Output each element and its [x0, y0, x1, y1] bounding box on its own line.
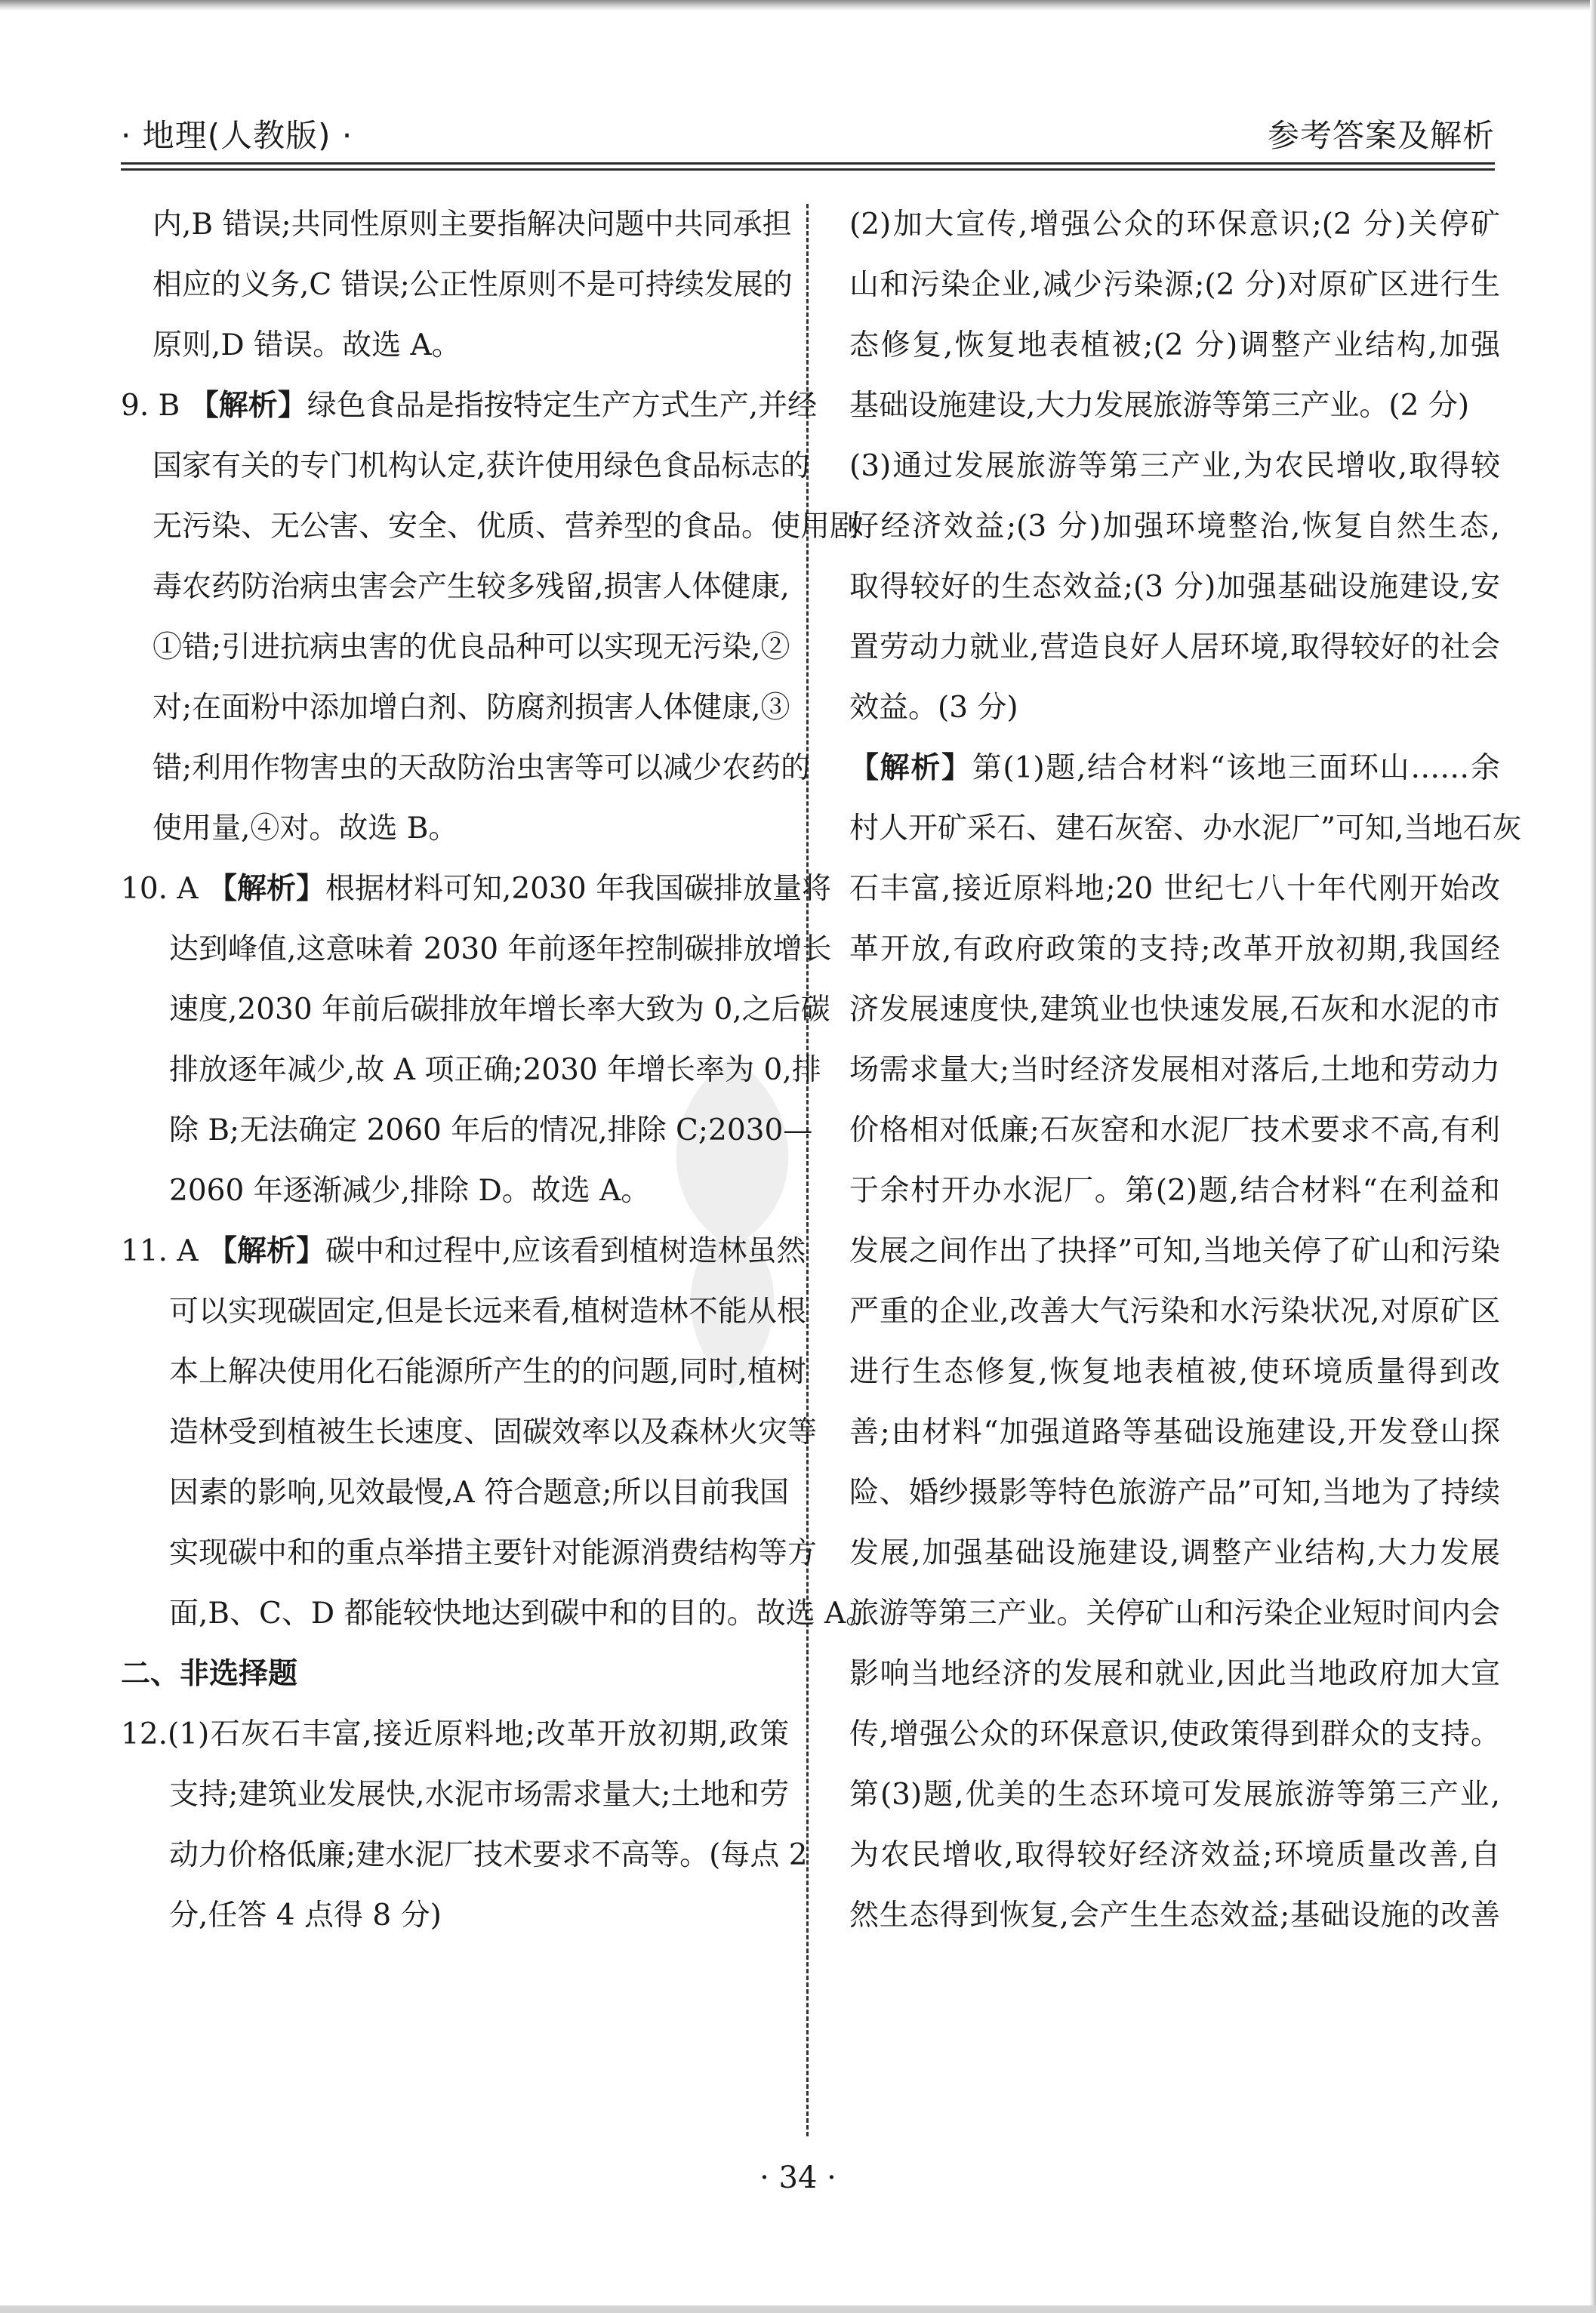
- text-line: 分,任答 4 点得 8 分): [121, 1886, 789, 1946]
- text-line: 支持;建筑业发展快,水泥市场需求量大;土地和劳: [121, 1765, 789, 1825]
- text-line: 面,B、C、D 都能较快地达到碳中和的目的。故选 A。: [121, 1584, 789, 1644]
- text-line: 村人开矿采石、建石灰窑、办水泥厂”可知,当地石灰: [849, 799, 1500, 859]
- text-line: 于余村开办水泥厂。第(2)题,结合材料“在利益和: [849, 1161, 1500, 1221]
- section-title: 参考答案及解析: [1268, 113, 1495, 159]
- question-number: 12.: [121, 1717, 168, 1751]
- subject-title: · 地理(人教版) ·: [121, 113, 353, 159]
- text-line: 动力价格低廉;建水泥厂技术要求不高等。(每点 2: [121, 1825, 789, 1886]
- text-line: 根据材料可知,2030 年我国碳排放量将: [325, 872, 831, 906]
- page-header: · 地理(人教版) · 参考答案及解析: [121, 113, 1495, 159]
- text-line: 相应的义务,C 错误;公正性原则不是可持续发展的: [121, 255, 789, 316]
- text-line: 严重的企业,改善大气污染和水污染状况,对原矿区: [849, 1282, 1500, 1342]
- answer-10: 10. A 【解析】根据材料可知,2030 年我国碳排放量将: [121, 859, 789, 919]
- text-line: 发展,加强基础设施建设,调整产业结构,大力发展: [849, 1523, 1500, 1584]
- question-number: 11. A: [121, 1234, 199, 1268]
- left-column: 内,B 错误;共同性原则主要指解决问题中共同承担 相应的义务,C 错误;公正性原…: [121, 195, 789, 1946]
- text-line: 因素的影响,见效最慢,A 符合题意;所以目前我国: [121, 1463, 789, 1523]
- text-line: 速度,2030 年前后碳排放年增长率大致为 0,之后碳: [121, 980, 789, 1040]
- page-number: · 34 ·: [0, 2155, 1596, 2201]
- text-line: 旅游等第三产业。关停矿山和污染企业短时间内会: [849, 1584, 1500, 1644]
- text-line: 善;由材料“加强道路等基础设施建设,开发登山探: [849, 1403, 1500, 1463]
- answer-11: 11. A 【解析】碳中和过程中,应该看到植树造林虽然: [121, 1221, 789, 1282]
- text-line: ①错;引进抗病虫害的优良品种可以实现无污染,②: [121, 618, 789, 678]
- text-line: 好经济效益;(3 分)加强环境整治,恢复自然生态,: [849, 497, 1500, 557]
- text-line: 可以实现碳固定,但是长远来看,植树造林不能从根: [121, 1282, 789, 1342]
- text-line: 为农民增收,取得较好经济效益;环境质量改善,自: [849, 1825, 1500, 1886]
- right-column: (2)加大宣传,增强公众的环保意识;(2 分)关停矿 山和污染企业,减少污染源;…: [849, 195, 1500, 1946]
- text-line: 取得较好的生态效益;(3 分)加强基础设施建设,安: [849, 557, 1500, 618]
- text-line: 内,B 错误;共同性原则主要指解决问题中共同承担: [121, 195, 789, 255]
- text-line: 造林受到植被生长速度、固碳效率以及森林火灾等: [121, 1403, 789, 1463]
- text-line: 影响当地经济的发展和就业,因此当地政府加大宣: [849, 1644, 1500, 1705]
- text-line: 发展之间作出了抉择”可知,当地关停了矿山和污染: [849, 1221, 1500, 1282]
- text-line: 山和污染企业,减少污染源;(2 分)对原矿区进行生: [849, 255, 1500, 316]
- text-line: 本上解决使用化石能源所产生的的问题,同时,植树: [121, 1342, 789, 1403]
- text-line: 使用量,④对。故选 B。: [121, 799, 789, 859]
- text-line: 绿色食品是指按特定生产方式生产,并经: [307, 389, 817, 423]
- text-line: 实现碳中和的重点举措主要针对能源消费结构等方: [121, 1523, 789, 1584]
- text-line: 2060 年逐渐减少,排除 D。故选 A。: [121, 1161, 789, 1221]
- section-heading-non-choice: 二、非选择题: [121, 1644, 789, 1705]
- text-line: 济发展速度快,建筑业也快速发展,石灰和水泥的市: [849, 980, 1500, 1040]
- text-line: 石丰富,接近原料地;20 世纪七八十年代刚开始改: [849, 859, 1500, 919]
- analysis-tag: 【解析】: [208, 872, 325, 906]
- text-line: 进行生态修复,恢复地表植被,使环境质量得到改: [849, 1342, 1500, 1403]
- text-line: 置劳动力就业,营造良好人居环境,取得较好的社会: [849, 618, 1500, 678]
- analysis-tag: 【解析】: [189, 389, 307, 423]
- header-rule-top: [121, 162, 1495, 165]
- question-number: 9. B: [121, 389, 180, 423]
- answer-12: 12.(1)石灰石丰富,接近原料地;改革开放初期,政策: [121, 1705, 789, 1765]
- text-line: (3)通过发展旅游等第三产业,为农民增收,取得较: [849, 436, 1500, 497]
- text-line: (2)加大宣传,增强公众的环保意识;(2 分)关停矿: [849, 195, 1500, 255]
- text-line: 错;利用作物害虫的天敌防治虫害等可以减少农药的: [121, 738, 789, 799]
- analysis-tag: 【解析】: [208, 1234, 325, 1268]
- text-line: 毒农药防治病虫害会产生较多残留,损害人体健康,: [121, 557, 789, 618]
- text-line: (1)石灰石丰富,接近原料地;改革开放初期,政策: [168, 1717, 789, 1751]
- text-line: 排放逐年减少,故 A 项正确;2030 年增长率为 0,排: [121, 1040, 789, 1101]
- scan-shadow-right: [1590, 0, 1596, 2313]
- text-line: 效益。(3 分): [849, 678, 1500, 738]
- text-line: 革开放,有政府政策的支持;改革开放初期,我国经: [849, 919, 1500, 980]
- scan-shadow-top: [0, 0, 1596, 11]
- text-line: 险、婚纱摄影等特色旅游产品”可知,当地为了持续: [849, 1463, 1500, 1523]
- analysis-tag: 【解析】: [849, 751, 972, 785]
- text-line: 碳中和过程中,应该看到植树造林虽然: [325, 1234, 806, 1268]
- text-line: 国家有关的专门机构认定,获许使用绿色食品标志的: [121, 436, 789, 497]
- text-line: 达到峰值,这意味着 2030 年前逐年控制碳排放增长: [121, 919, 789, 980]
- text-line: 第(3)题,优美的生态环境可发展旅游等第三产业,: [849, 1765, 1500, 1825]
- text-line: 对;在面粉中添加增白剂、防腐剂损害人体健康,③: [121, 678, 789, 738]
- scan-shadow-bottom: [0, 2305, 1596, 2313]
- text-line: 除 B;无法确定 2060 年后的情况,排除 C;2030—: [121, 1101, 789, 1161]
- text-line: 场需求量大;当时经济发展相对落后,土地和劳动力: [849, 1040, 1500, 1101]
- text-line: 然生态得到恢复,会产生生态效益;基础设施的改善: [849, 1886, 1500, 1946]
- text-line: 价格相对低廉;石灰窑和水泥厂技术要求不高,有利: [849, 1101, 1500, 1161]
- text-line: 基础设施建设,大力发展旅游等第三产业。(2 分): [849, 376, 1500, 436]
- answer-9: 9. B 【解析】绿色食品是指按特定生产方式生产,并经: [121, 376, 789, 436]
- analysis-12: 【解析】第(1)题,结合材料“该地三面环山……余: [849, 738, 1500, 799]
- header-rule-bottom: [121, 168, 1495, 171]
- text-line: 无污染、无公害、安全、优质、营养型的食品。使用剧: [121, 497, 789, 557]
- text-line: 传,增强公众的环保意识,使政策得到群众的支持。: [849, 1705, 1500, 1765]
- text-line: 第(1)题,结合材料“该地三面环山……余: [972, 751, 1500, 785]
- text-line: 原则,D 错误。故选 A。: [121, 316, 789, 376]
- question-number: 10. A: [121, 872, 199, 906]
- text-line: 态修复,恢复地表植被;(2 分)调整产业结构,加强: [849, 316, 1500, 376]
